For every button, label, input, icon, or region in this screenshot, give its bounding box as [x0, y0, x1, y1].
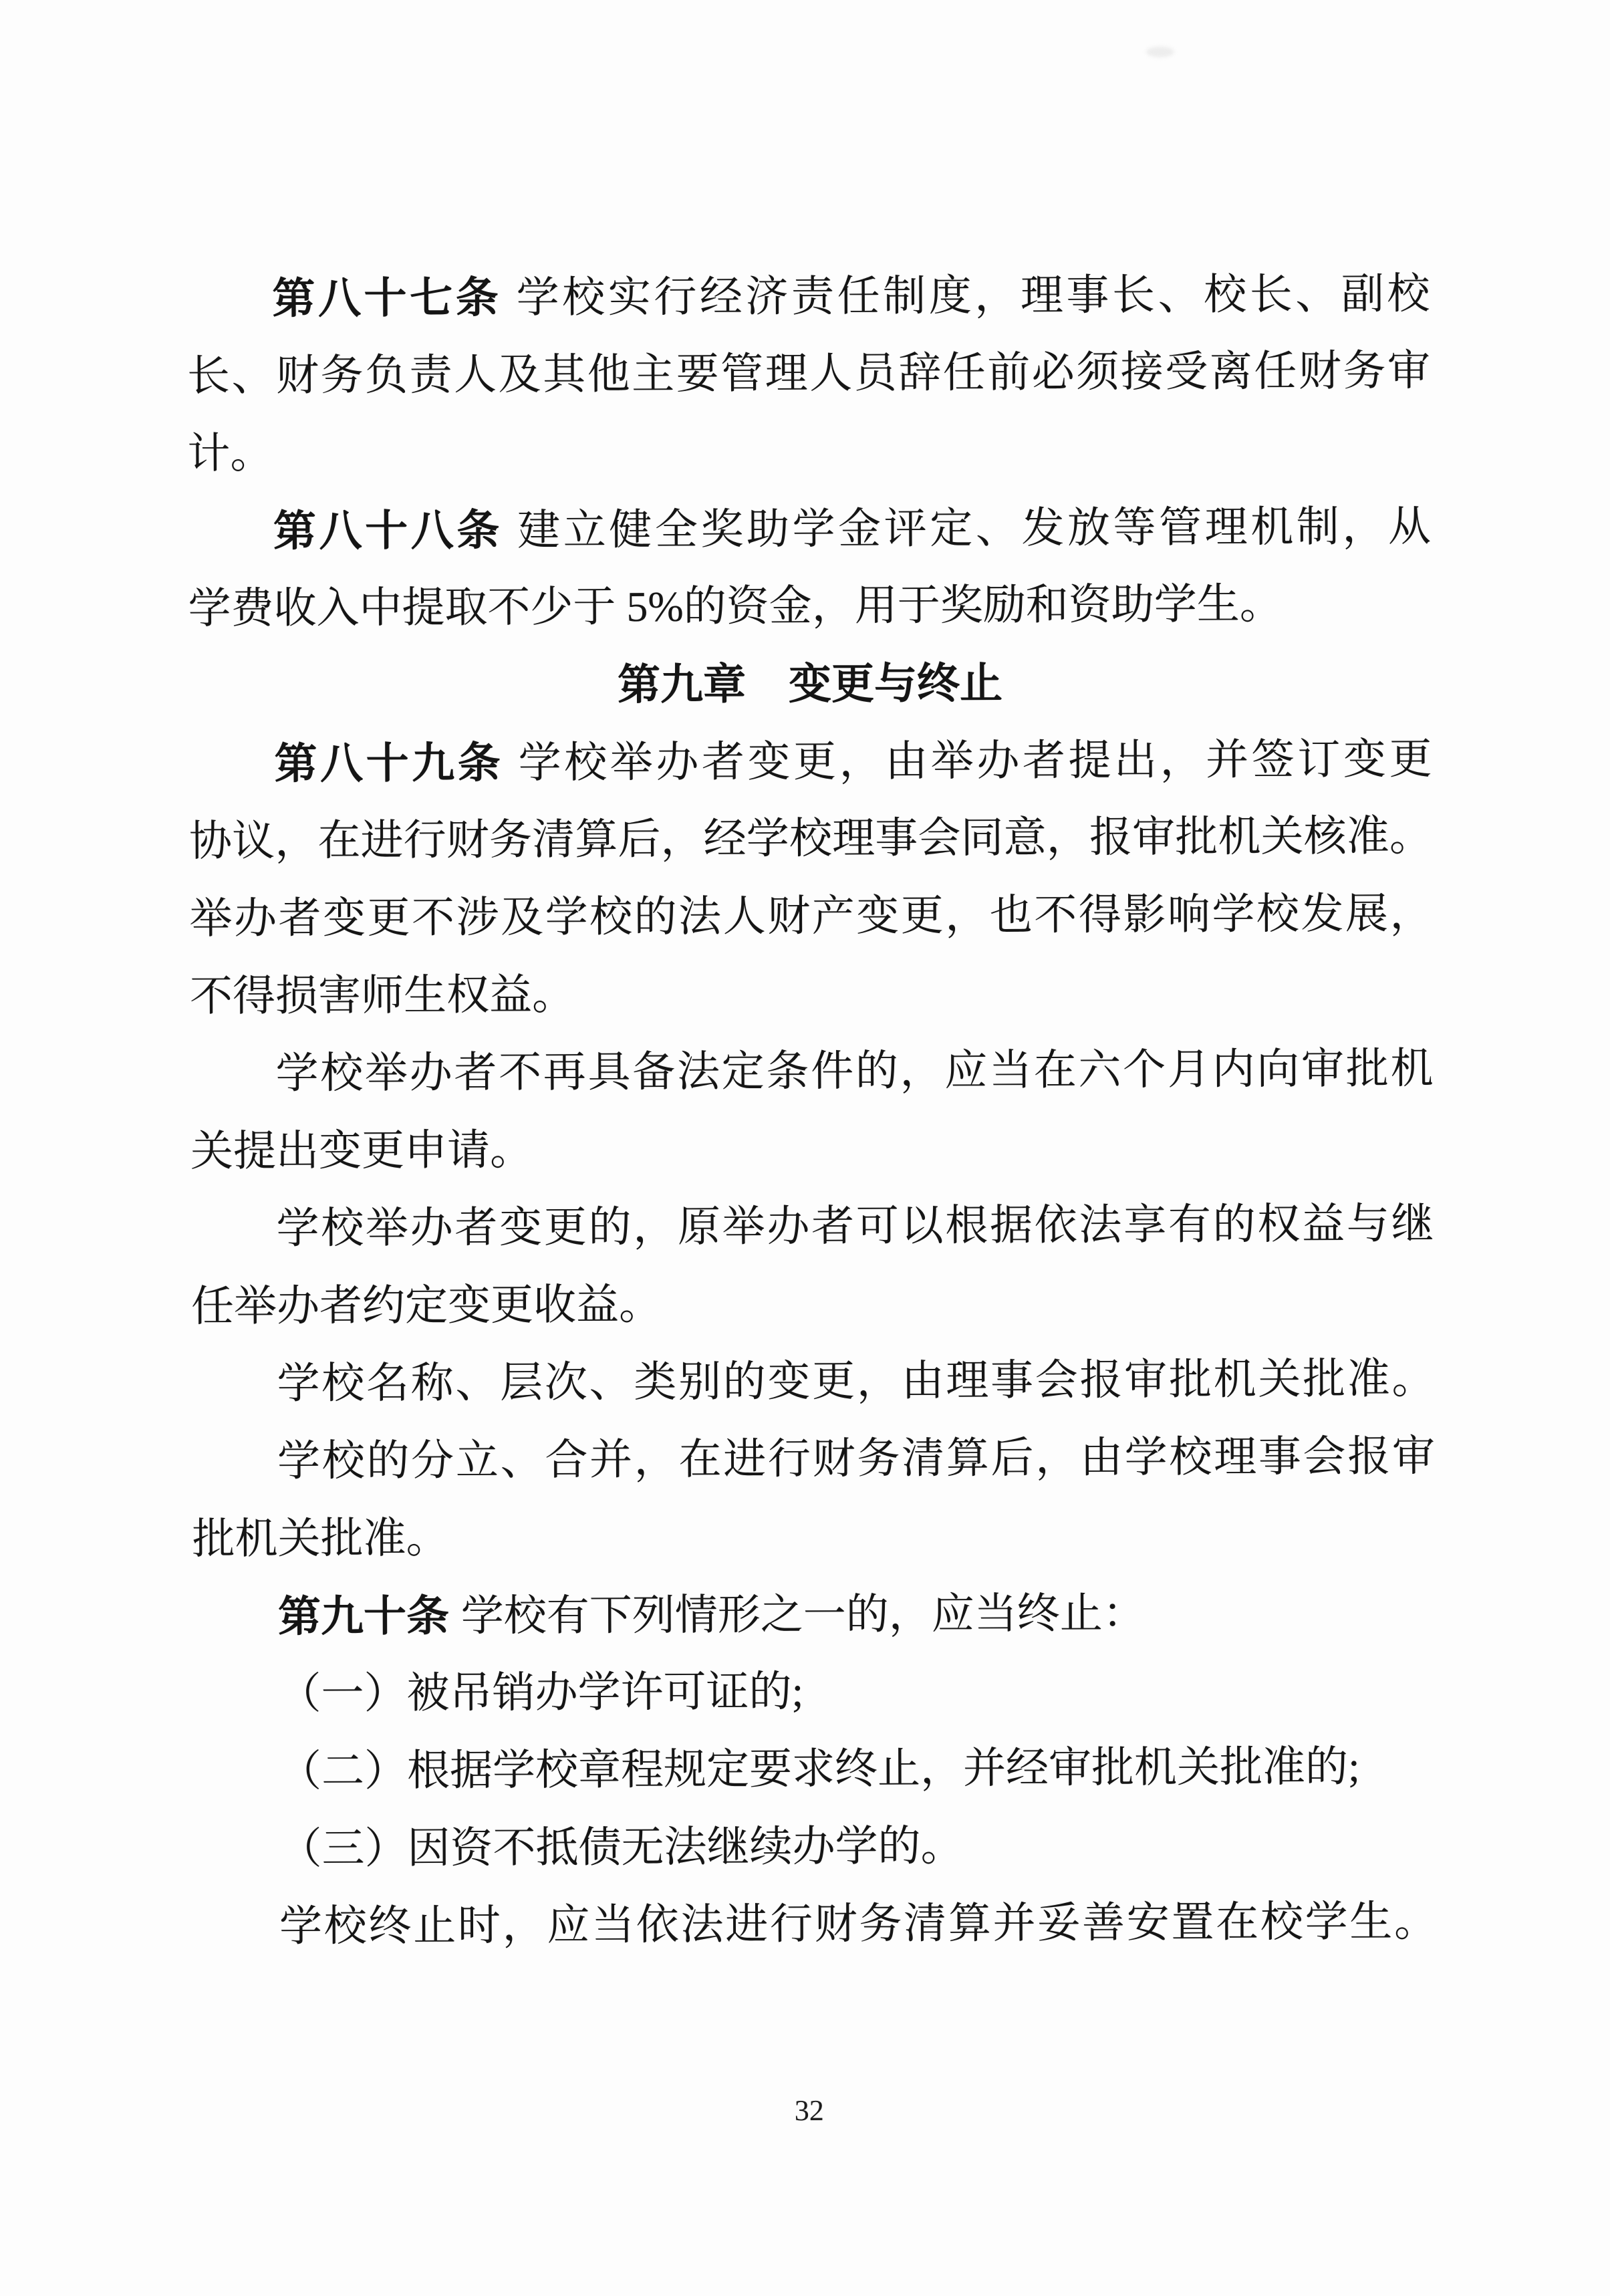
text-line: 任举办者约定变更收益。 [191, 1263, 1434, 1346]
article-number: 第八十七条 [272, 273, 517, 323]
body-text: 学校的分立、合并，在进行财务清算后，由学校理事会报审 [277, 1432, 1435, 1485]
text-line: 关提出变更申请。 [190, 1108, 1434, 1190]
text-line: 第八十八条 建立健全奖助学金评定、发放等管理机制，从 [188, 487, 1431, 570]
text-line: 学费收入中提取不少于 5%的资金，用于奖励和资助学生。 [188, 565, 1431, 648]
document-body: 第八十七条 学校实行经济责任制度，理事长、校长、副校长、财务负责人及其他主要管理… [186, 255, 1437, 1966]
article-number: 第八十九条 [274, 739, 519, 788]
chapter-heading-text: 第九章 变更与终止 [618, 659, 1002, 709]
body-text: （三）因资不抵债无法继续办学的。 [279, 1822, 963, 1872]
text-line: （一）被吊销办学许可证的; [192, 1650, 1436, 1733]
body-text: 计。 [187, 429, 273, 477]
text-line: 协议，在进行财务清算后，经学校理事会同意，报审批机关核准。 [189, 797, 1432, 880]
body-text: 学校名称、层次、类别的变更，由理事会报审批机关批准。 [277, 1355, 1434, 1408]
page-number: 32 [4, 2090, 1610, 2132]
text-line: 学校终止时，应当依法进行财务清算并妥善安置在校学生。 [194, 1883, 1437, 1966]
text-line: 举办者变更不涉及学校的法人财产变更，也不得影响学校发展， [189, 875, 1432, 958]
text-line: （二）根据学校章程规定要求终止，并经审批机关批准的; [193, 1728, 1436, 1811]
body-text: 学校终止时，应当依法进行财务清算并妥善安置在校学生。 [279, 1898, 1437, 1950]
text-line: 第八十九条 学校举办者变更，由举办者提出，并签订变更 [188, 720, 1432, 803]
body-text: 建立健全奖助学金评定、发放等管理机制，从 [517, 503, 1431, 554]
document-page: 第八十七条 学校实行经济责任制度，理事长、校长、副校长、财务负责人及其他主要管理… [0, 0, 1610, 2296]
text-line: 计。 [187, 410, 1430, 493]
body-text: 不得损害师生权益。 [190, 971, 575, 1021]
body-text: 学费收入中提取不少于 5%的资金，用于奖励和资助学生。 [188, 580, 1283, 632]
chapter-heading: 第九章 变更与终止 [188, 642, 1432, 725]
text-line: 批机关批准。 [192, 1495, 1435, 1578]
text-line: 长、财务负责人及其他主要管理人员辞任前必须接受离任财务审 [187, 332, 1430, 415]
text-line: 第九十条 学校有下列情形之一的，应当终止： [192, 1573, 1436, 1656]
body-text: 学校举办者变更，由举办者提出，并签订变更 [519, 735, 1432, 787]
body-text: 协议，在进行财务清算后，经学校理事会同意，报审批机关核准。 [189, 812, 1432, 865]
body-text: 任举办者约定变更收益。 [191, 1281, 662, 1330]
text-line: 学校名称、层次、类别的变更，由理事会报审批机关批准。 [191, 1340, 1434, 1423]
body-text: 长、财务负责人及其他主要管理人员辞任前必须接受离任财务审 [187, 347, 1430, 400]
body-text: 学校有下列情形之一的，应当终止： [461, 1589, 1146, 1640]
text-line: 不得损害师生权益。 [190, 952, 1433, 1035]
body-text: 批机关批准。 [192, 1514, 448, 1563]
text-line: 学校举办者变更的，原举办者可以根据依法享有的权益与继 [190, 1185, 1434, 1268]
body-text: 学校举办者不再具备法定条件的，应当在六个月内向审批机 [275, 1045, 1433, 1098]
body-text: 关提出变更申请。 [190, 1126, 533, 1175]
article-number: 第八十八条 [273, 506, 518, 555]
text-line: 学校举办者不再具备法定条件的，应当在六个月内向审批机 [190, 1030, 1433, 1113]
text-line: 第八十七条 学校实行经济责任制度，理事长、校长、副校 [186, 255, 1430, 338]
body-text: 举办者变更不涉及学校的法人财产变更，也不得影响学校发展， [189, 890, 1432, 942]
scan-artifact [1146, 47, 1174, 57]
text-line: 学校的分立、合并，在进行财务清算后，由学校理事会报审 [192, 1418, 1435, 1501]
article-number: 第九十条 [278, 1591, 461, 1640]
body-text: 学校举办者变更的，原举办者可以根据依法享有的权益与继 [276, 1200, 1434, 1253]
body-text: 学校实行经济责任制度，理事长、校长、副校 [516, 270, 1430, 322]
text-line: （三）因资不抵债无法继续办学的。 [193, 1805, 1436, 1888]
body-text: （一）被吊销办学许可证的; [278, 1668, 803, 1717]
body-text: （二）根据学校章程规定要求终止，并经审批机关批准的; [279, 1743, 1360, 1795]
